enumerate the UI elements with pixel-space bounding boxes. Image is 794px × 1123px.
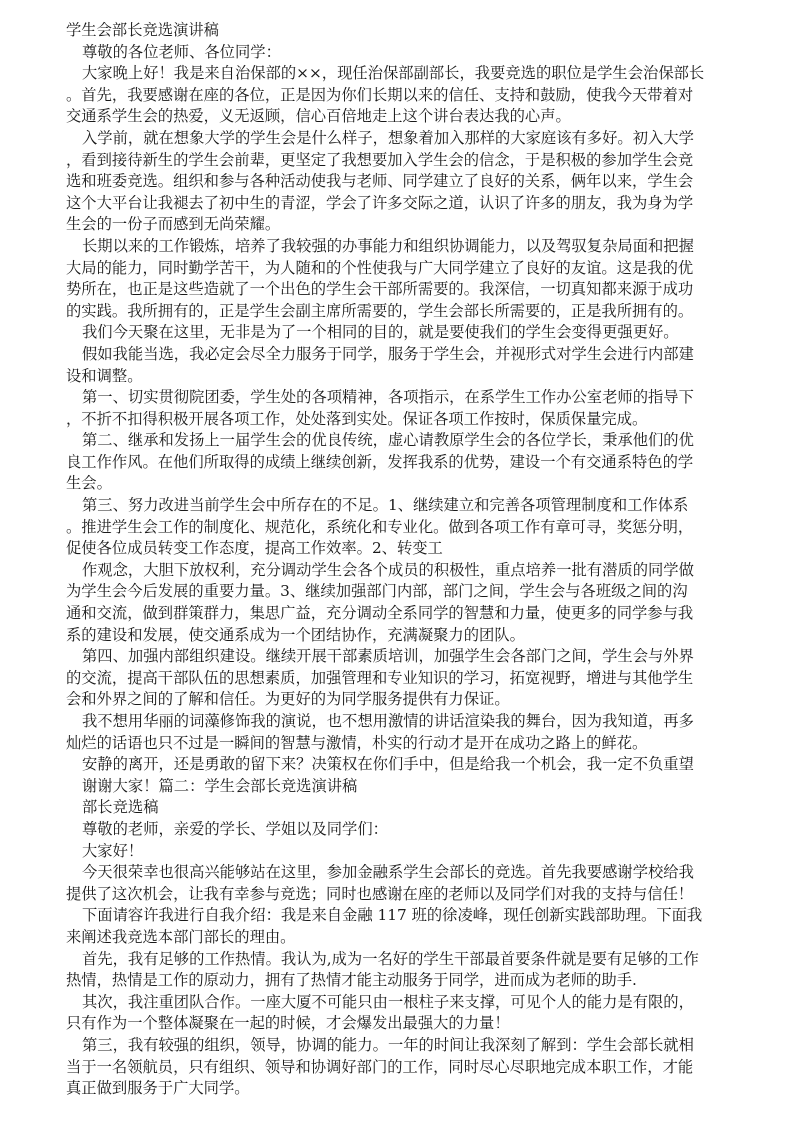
text-line: 的交流，提高干部队伍的思想素质，加强管理和专业知识的学习，拓宽视野，增进与其他学… [66,668,732,690]
text-line: 尊敬的各位老师、各位同学： [66,42,732,64]
text-line: 长期以来的工作锻炼，培养了我较强的办事能力和组织协调能力，以及驾驭复杂局面和把握 [66,236,732,258]
text-line: 我们今天聚在这里，无非是为了一个相同的目的，就是要使我们的学生会变得更强更好。 [66,322,732,344]
text-line: ，看到接待新生的学生会前辈，更坚定了我想要加入学生会的信念，于是积极的参加学生会… [66,150,732,172]
text-line: 通和交流，做到群策群力，集思广益，充分调动全系同学的智慧和力量，使更多的同学参与… [66,603,732,625]
text-line: 入学前，就在想象大学的学生会是什么样子，想象着加入那样的大家庭该有多好。初入大学 [66,128,732,150]
text-line: 来阐述我竞选本部门部长的理由。 [66,927,732,949]
document-page: 学生会部长竞选演讲稿 尊敬的各位老师、各位同学：大家晚上好！我是来自治保部的××… [66,20,732,1100]
text-line: 热情，热情是工作的原动力，拥有了热情才能主动服务于同学，进而成为老师的助手. [66,970,732,992]
text-line: 。推进学生会工作的制度化、规范化，系统化和专业化。做到各项工作有章可寻，奖惩分明… [66,517,732,539]
text-line: 第三、努力改进当前学生会中所存在的不足。1、继续建立和完善各项管理制度和工作体系 [66,495,732,517]
text-line: 谢谢大家！篇二：学生会部长竞选演讲稿 [66,776,732,798]
text-line: 大家晚上好！我是来自治保部的××，现任治保部副部长，我要竞选的职位是学生会治保部… [66,63,732,85]
text-line: 生会。 [66,473,732,495]
text-line: 设和调整。 [66,366,732,388]
text-line: 灿烂的话语也只不过是一瞬间的智慧与激情，朴实的行动才是开在成功之路上的鲜花。 [66,733,732,755]
text-line: 只有作为一个整体凝聚在一起的时候，才会爆发出最强大的力量！ [66,1013,732,1035]
text-line: 提供了这次机会，让我有幸参与竞选；同时也感谢在座的老师以及同学们对我的支持与信任… [66,884,732,906]
text-line: 部长竞选稿 [66,797,732,819]
text-line: 交通系学生会的热爱，义无返顾，信心百倍地走上这个讲台表达我的心声。 [66,106,732,128]
text-line: 尊敬的老师，亲爱的学长、学姐以及同学们： [66,819,732,841]
text-line: 的实践。我所拥有的，正是学生会副主席所需要的，学生会部长所需要的，正是我所拥有的… [66,301,732,323]
document-body: 尊敬的各位老师、各位同学：大家晚上好！我是来自治保部的××，现任治保部副部长，我… [66,42,732,1100]
text-line: 假如我能当选，我必定会尽全力服务于同学，服务于学生会，并视形式对学生会进行内部建 [66,344,732,366]
text-line: 安静的离开，还是勇敢的留下来？决策权在你们手中，但是给我一个机会，我一定不负重望 [66,754,732,776]
text-line: 生会的一份子而感到无尚荣耀。 [66,214,732,236]
text-line: 促使各位成员转变工作态度，提高工作效率。2、转变工 [66,538,732,560]
text-line: 作观念，大胆下放权利，充分调动学生会各个成员的积极性，重点培养一批有潜质的同学做 [66,560,732,582]
text-line: 会和外界之间的了解和信任。为更好的为同学服务提供有力保证。 [66,689,732,711]
text-line: 第一、切实贯彻院团委，学生处的各项精神，各项指示，在系学生工作办公室老师的指导下 [66,387,732,409]
text-line: 这个大平台让我褪去了初中生的青涩，学会了许多交际之道，认识了许多的朋友，我为身为… [66,193,732,215]
text-line: 大局的能力，同时勤学苦干，为人随和的个性使我与广大同学建立了良好的友谊。这是我的… [66,258,732,280]
text-line: 今天很荣幸也很高兴能够站在这里，参加金融系学生会部长的竞选。首先我要感谢学校给我 [66,862,732,884]
text-line: 下面请容许我进行自我介绍：我是来自金融 117 班的徐凌峰，现任创新实践部助理。… [66,905,732,927]
text-line: 大家好！ [66,841,732,863]
text-line: 为学生会今后发展的重要力量。3、继续加强部门内部，部门之间，学生会与各班级之间的… [66,581,732,603]
text-line: 当于一名领航员，只有组织、领导和协调好部门的工作，同时尽心尽职地完成本职工作，才… [66,1057,732,1079]
text-line: ，不折不扣得积极开展各项工作，处处落到实处。保证各项工作按时，保质保量完成。 [66,409,732,431]
document-title: 学生会部长竞选演讲稿 [66,20,732,42]
text-line: 第三，我有较强的组织，领导，协调的能力。一年的时间让我深刻了解到：学生会部长就相 [66,1035,732,1057]
text-line: 势所在，也正是这些造就了一个出色的学生会干部所需要的。我深信，一切真知都来源于成… [66,279,732,301]
text-line: 良工作作风。在他们所取得的成绩上继续创新，发挥我系的优势，建设一个有交通系特色的… [66,452,732,474]
text-line: 。首先，我要感谢在座的各位，正是因为你们长期以来的信任、支持和鼓励，使我今天带着… [66,85,732,107]
text-line: 系的建设和发展，使交通系成为一个团结协作，充满凝聚力的团队。 [66,625,732,647]
text-line: 第二、继承和发扬上一届学生会的优良传统，虚心请教原学生会的各位学长，秉承他们的优 [66,430,732,452]
text-line: 选和班委竞选。组织和参与各种活动使我与老师、同学建立了良好的关系，俩年以来，学生… [66,171,732,193]
text-line: 第四、加强内部组织建设。继续开展干部素质培训，加强学生会各部门之间，学生会与外界 [66,646,732,668]
text-line: 我不想用华丽的词藻修饰我的演说，也不想用激情的讲话渲染我的舞台，因为我知道，再多 [66,711,732,733]
text-line: 首先，我有足够的工作热情。我认为,成为一名好的学生干部最首要条件就是要有足够的工… [66,949,732,971]
text-line: 真正做到服务于广大同学。 [66,1078,732,1100]
text-line: 其次，我注重团队合作。一座大厦不可能只由一根柱子来支撑，可见个人的能力是有限的， [66,992,732,1014]
